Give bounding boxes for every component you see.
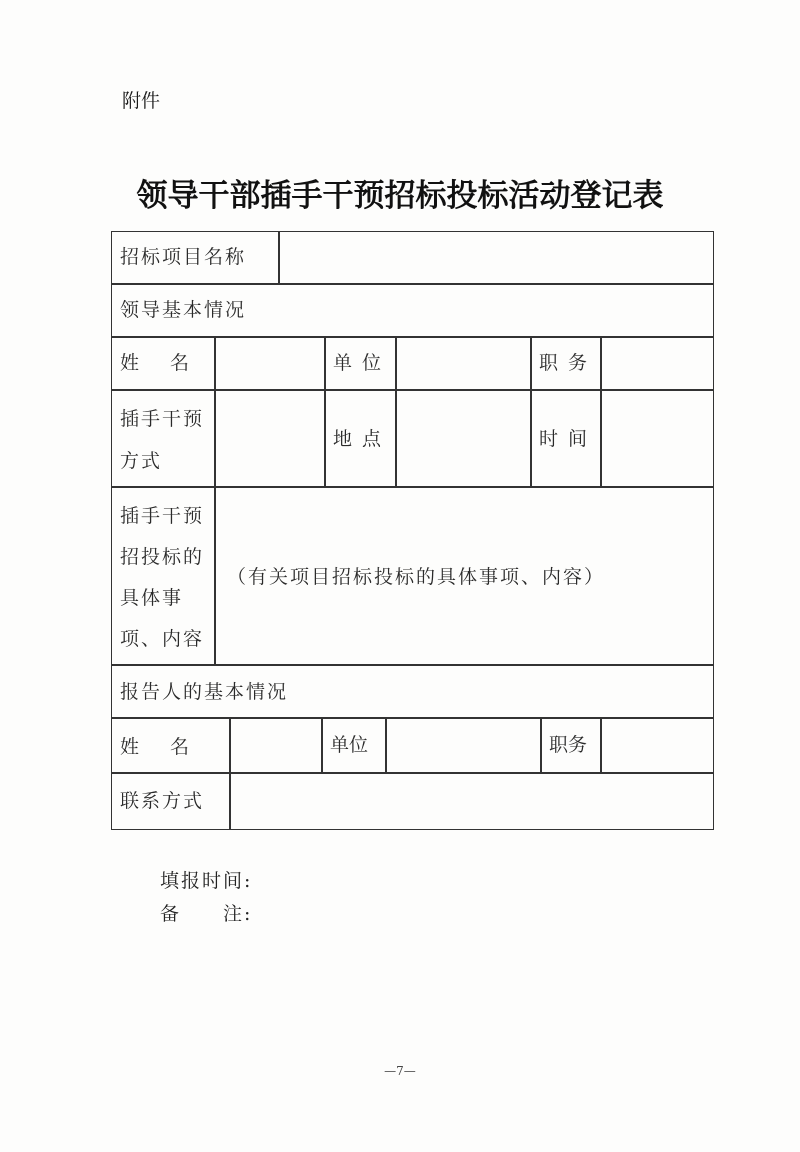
contact-label-cell: 联系方式 (111, 772, 231, 830)
details-label-line4: 项、内容 (120, 630, 204, 649)
page-number: —7— (0, 1064, 800, 1078)
details-placeholder: （有关项目招标投标的具体事项、内容） (227, 568, 605, 587)
details-label-line1: 插手干预 (120, 507, 204, 526)
details-label-cell: 插手干预 招投标的 具体事 项、内容 (111, 486, 216, 666)
details-label-line3: 具体事 (120, 589, 183, 608)
place-label-cell: 地 点 (324, 389, 397, 488)
fill-time-label: 填报时间: (160, 866, 252, 893)
leader-section-header: 领导基本情况 (111, 283, 714, 338)
leader-position-label-cell: 职 务 (530, 336, 602, 391)
time-label: 时 间 (539, 430, 589, 449)
project-name-label: 招标项目名称 (120, 248, 246, 267)
time-field[interactable] (600, 389, 714, 488)
reporter-position-label-cell: 职务 (540, 717, 602, 774)
intervention-method-field[interactable] (214, 389, 326, 488)
reporter-section-label: 报告人的基本情况 (120, 683, 288, 702)
details-label-line2: 招投标的 (120, 548, 204, 567)
leader-name-field[interactable] (214, 336, 326, 391)
reporter-unit-label: 单位 (330, 736, 368, 755)
intervention-method-label-line2: 方式 (120, 452, 162, 471)
intervention-method-label-cell: 插手干预 方式 (111, 389, 216, 488)
leader-unit-label: 单 位 (333, 354, 383, 373)
project-name-label-cell: 招标项目名称 (111, 231, 280, 285)
reporter-position-field[interactable] (600, 717, 714, 774)
contact-label: 联系方式 (120, 792, 204, 811)
reporter-name-field[interactable] (229, 717, 323, 774)
leader-name-label-cell: 姓 名 (111, 336, 216, 391)
time-label-cell: 时 间 (530, 389, 602, 488)
reporter-name-label: 姓 名 (120, 738, 191, 757)
leader-position-field[interactable] (600, 336, 714, 391)
reporter-position-label: 职务 (549, 736, 587, 755)
details-field[interactable]: （有关项目招标投标的具体事项、内容） (214, 486, 714, 666)
reporter-section-header: 报告人的基本情况 (111, 664, 714, 719)
project-name-field[interactable] (278, 231, 714, 285)
place-field[interactable] (395, 389, 532, 488)
reporter-name-label-cell: 姓 名 (111, 717, 231, 774)
leader-name-label: 姓 名 (120, 354, 191, 373)
form-title: 领导干部插手干预招标投标活动登记表 (0, 170, 800, 215)
leader-position-label: 职 务 (539, 354, 589, 373)
reporter-unit-field[interactable] (385, 717, 542, 774)
intervention-method-label-line1: 插手干预 (120, 410, 204, 429)
leader-unit-label-cell: 单 位 (324, 336, 397, 391)
attachment-label: 附件 (122, 86, 160, 113)
place-label: 地 点 (333, 430, 383, 449)
remarks-label: 备 注: (160, 899, 252, 926)
reporter-unit-label-cell: 单位 (321, 717, 387, 774)
contact-field[interactable] (229, 772, 714, 830)
leader-unit-field[interactable] (395, 336, 532, 391)
leader-section-label: 领导基本情况 (120, 301, 246, 320)
